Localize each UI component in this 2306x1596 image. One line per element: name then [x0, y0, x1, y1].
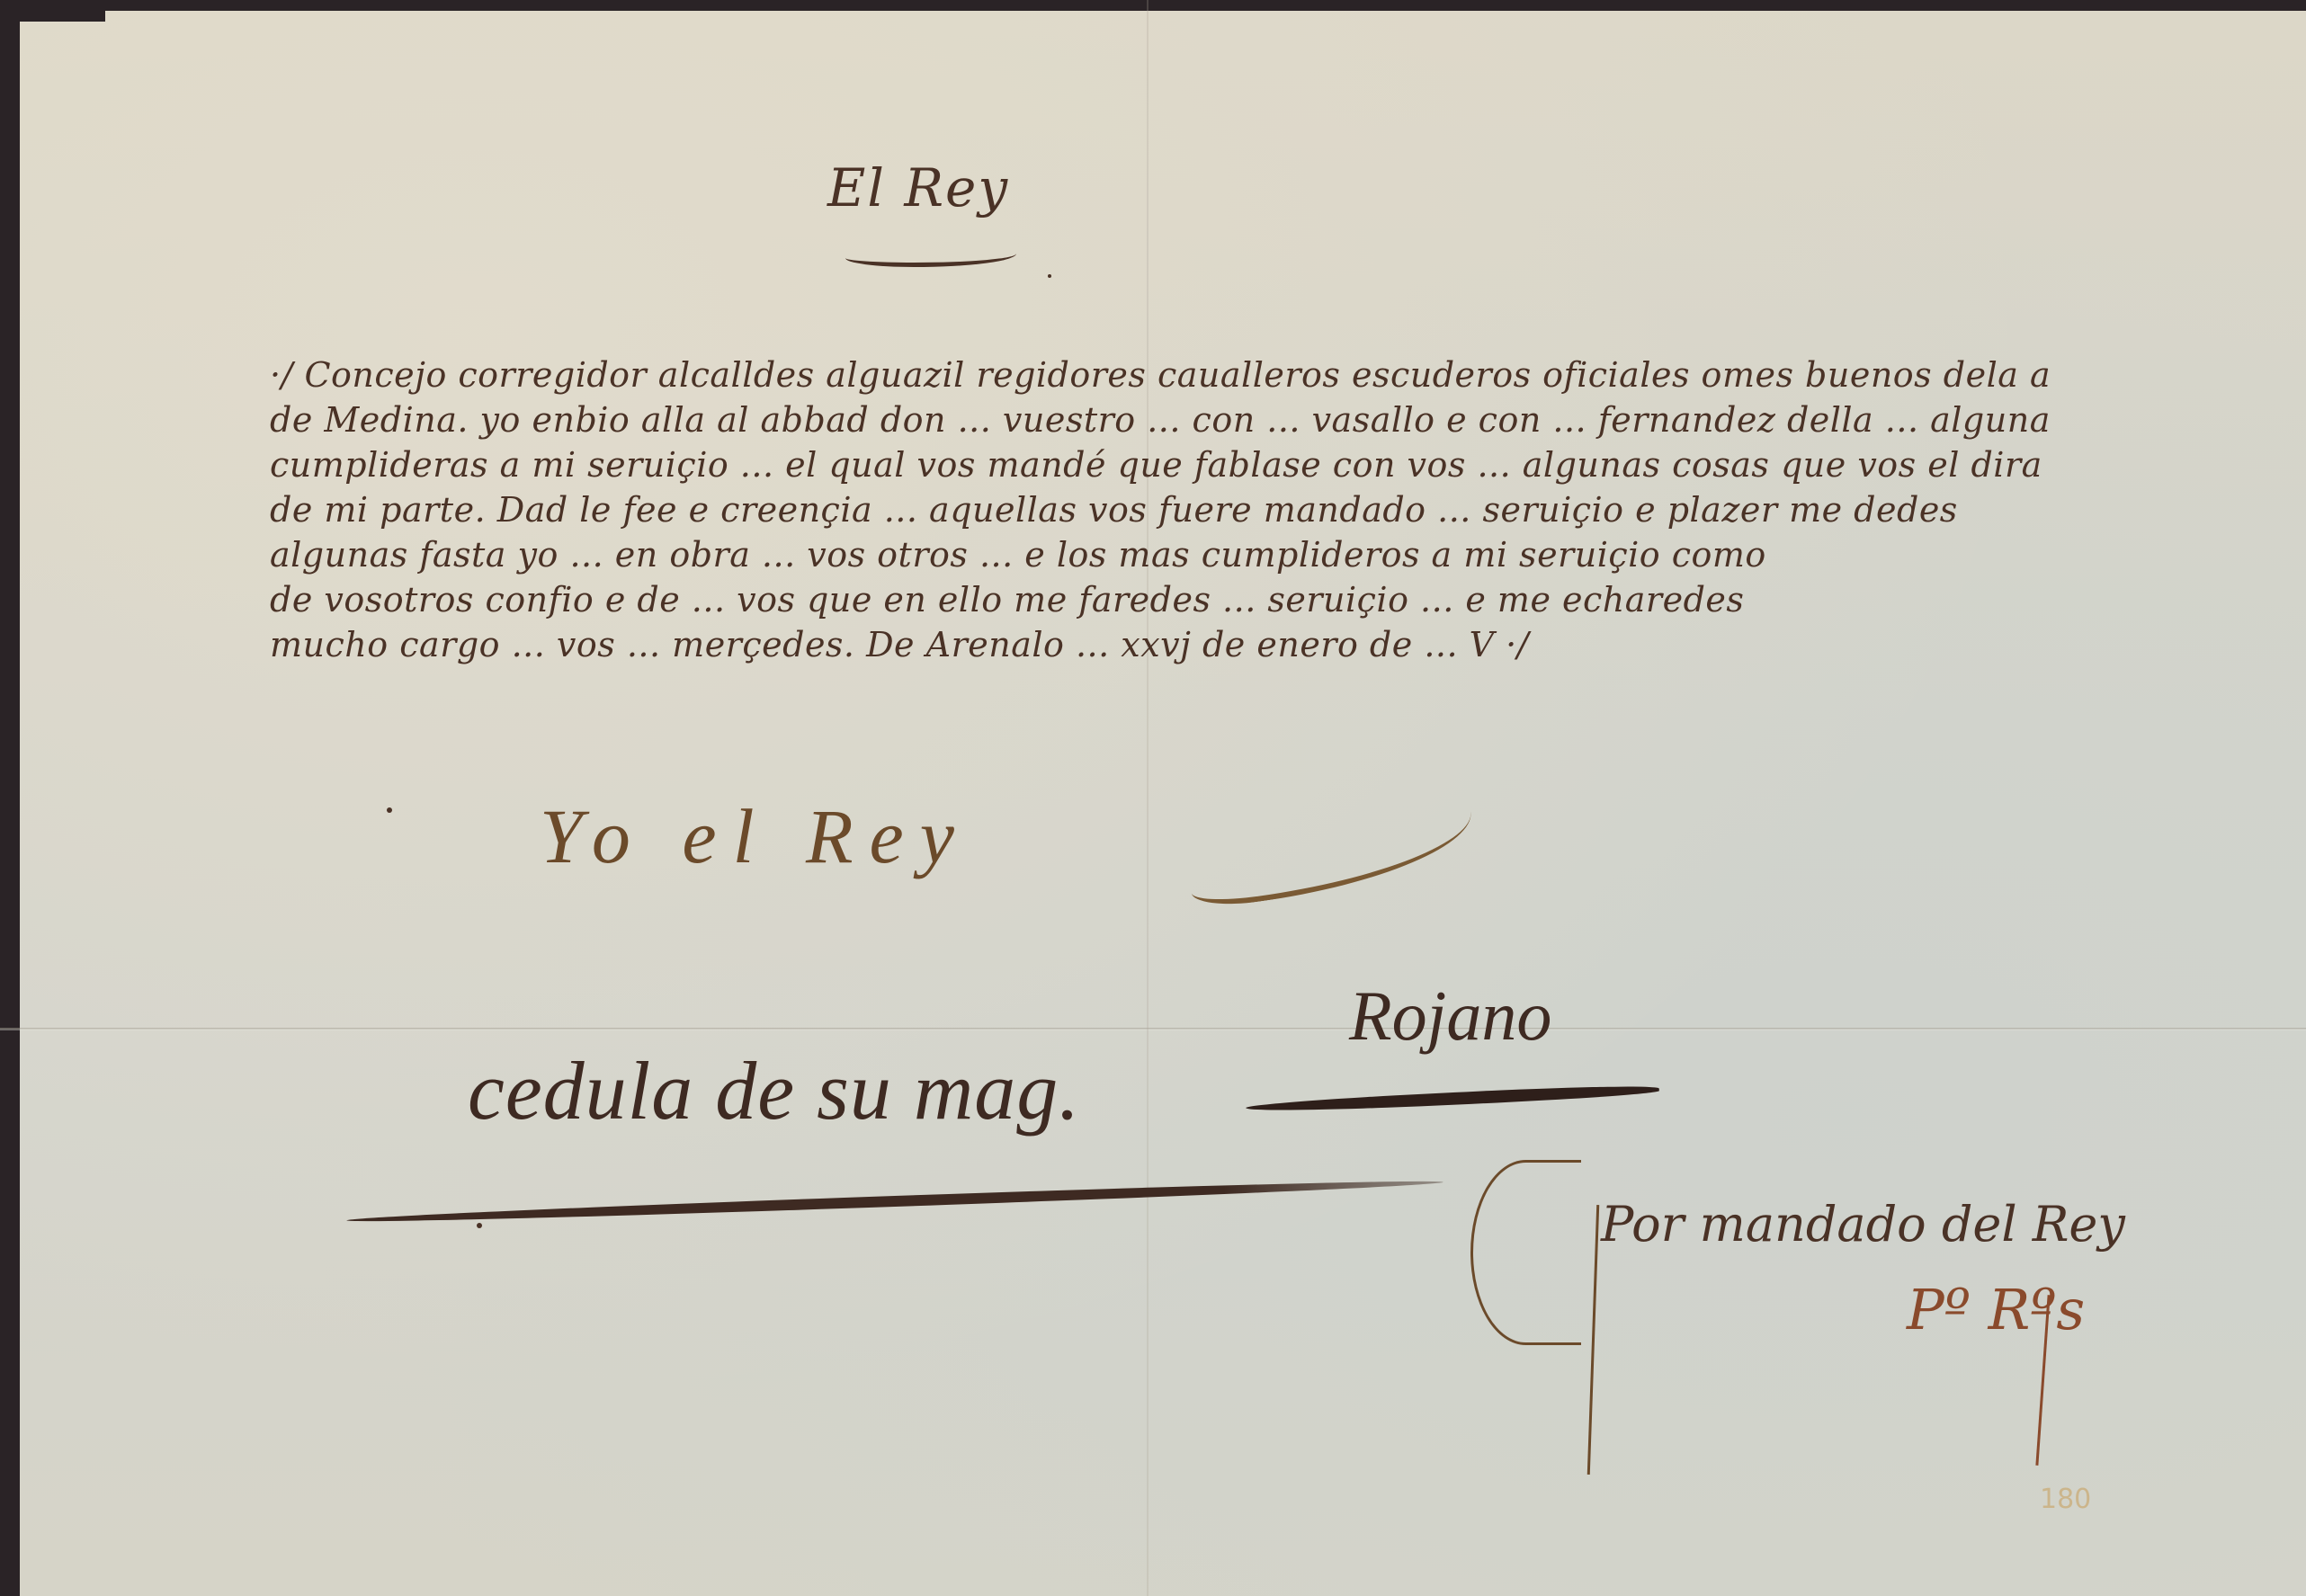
body-line: mucho cargo ... vos ... merçedes. De Are… [270, 622, 2051, 667]
body-line: de mi parte. Dad le fee e creençia ... a… [270, 487, 2051, 532]
body-line: de Medina. yo enbio alla al abbad don ..… [270, 397, 2051, 442]
archive-stamp: 180 [2040, 1484, 2091, 1515]
horizontal-fold-line [0, 1028, 2306, 1030]
manuscript-sheet [20, 11, 2306, 1596]
ink-speck [477, 1223, 482, 1228]
registrar-signature: Rojano [1349, 976, 1551, 1057]
ink-speck [1048, 274, 1051, 278]
body-line: cumplideras a mi seruiçio ... el qual vo… [270, 442, 2051, 487]
king-signature: Yo el Rey [540, 791, 970, 881]
letter-body: ·/ Concejo corregidor alcalldes alguazil… [270, 352, 2051, 667]
heading-el-rey: El Rey [827, 157, 1009, 218]
mandate-line: Por mandado del Rey [1601, 1196, 2125, 1253]
mandate-flourish [1470, 1160, 1581, 1345]
endorsement-note: cedula de su mag. [468, 1043, 1080, 1138]
paper-torn-corner [20, 11, 105, 22]
body-line: ·/ Concejo corregidor alcalldes alguazil… [270, 352, 2051, 397]
body-line: algunas fasta yo ... en obra ... vos otr… [270, 532, 2051, 577]
body-line: de vosotros confio e de ... vos que en e… [270, 577, 2051, 622]
secretary-signature: Pº Rºs [1907, 1277, 2085, 1342]
vertical-fold-line [1147, 0, 1149, 1596]
ink-speck [387, 807, 392, 813]
